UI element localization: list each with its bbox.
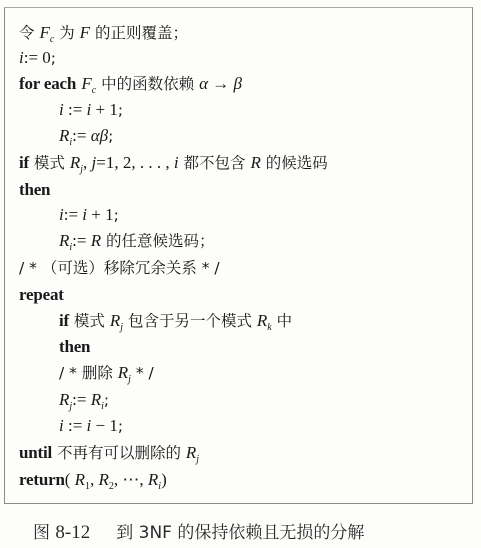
algo-line-14-comment: / * 删除 Rj * / [59, 360, 154, 386]
text: 的候选码 [261, 154, 328, 172]
algo-line-10-comment: / * （可选）移除冗余关系 * / [19, 255, 220, 281]
algo-line-16: i := i − 1; [59, 413, 123, 439]
keyword-repeat: repeat [19, 285, 64, 304]
math-var: R [250, 153, 260, 172]
number: 0 [42, 48, 51, 67]
text: , ⋯, [114, 470, 148, 489]
keyword-if: if [19, 153, 29, 172]
algo-line-11: repeat [19, 282, 64, 308]
caption-label: 图 [33, 523, 50, 543]
math-var: R [75, 470, 85, 489]
text: ; [51, 49, 56, 67]
text: ; [118, 101, 123, 119]
algo-line-5: Ri:= αβ; [59, 123, 113, 149]
figure-number: 8-12 [55, 522, 90, 543]
math-var: R [186, 443, 196, 462]
math-var: R [59, 231, 69, 250]
text: 令 [19, 24, 39, 42]
keyword-if: if [59, 311, 69, 330]
math-var: R [99, 470, 109, 489]
assign-op: := [64, 100, 87, 119]
text: 模式 [29, 154, 70, 172]
text: 不再有可以删除的 [52, 444, 186, 462]
paren: ( [65, 470, 75, 489]
algo-line-17: until 不再有可以删除的 Rj [19, 440, 199, 466]
math-expr: =1, 2, . . . , [96, 153, 174, 172]
text: 的任意候选码； [101, 232, 214, 250]
text: 模式 [69, 312, 110, 330]
figure-caption: 图 8-12到 3NF 的保持依赖且无损的分解 [33, 520, 364, 546]
paren: ) [161, 470, 167, 489]
math-expr: − 1 [91, 416, 118, 435]
algo-line-13: then [59, 334, 90, 360]
algo-line-6: if 模式 Rj, j=1, 2, . . . , i 都不包含 R 的候选码 [19, 150, 328, 176]
text: ; [118, 417, 123, 435]
keyword-then: then [59, 337, 90, 356]
math-expr: α → β [199, 74, 242, 93]
math-var: R [91, 231, 101, 250]
algo-line-4: i := i + 1; [59, 97, 123, 123]
keyword-for-each: for each [19, 74, 76, 93]
algo-line-1: 令 Fc 为 F 的正则覆盖； [19, 20, 188, 46]
math-var: R [257, 311, 267, 330]
caption-text: 到 3NF 的保持依赖且无损的分解 [116, 523, 364, 543]
math-var: R [70, 153, 80, 172]
math-var: R [148, 470, 158, 489]
math-var: R [118, 363, 128, 382]
text: 为 [54, 24, 79, 42]
assign-op: := [64, 416, 87, 435]
keyword-then: then [19, 180, 50, 199]
assign-op: := [72, 390, 91, 409]
keyword-until: until [19, 443, 52, 462]
text: ; [114, 206, 119, 224]
text: , [83, 153, 92, 172]
algo-line-3: for each Fc 中的函数依赖 α → β [19, 71, 242, 97]
subscript: j [196, 454, 199, 465]
math-expr: + 1 [91, 100, 118, 119]
algo-line-2: i:= 0; [19, 45, 56, 71]
text: , [90, 470, 99, 489]
comment: / * 删除 [59, 364, 118, 382]
math-var: F [81, 74, 91, 93]
text: ; [108, 127, 113, 145]
comment: / * （可选）移除冗余关系 * / [19, 259, 220, 277]
math-var: R [59, 390, 69, 409]
comment: * / [131, 364, 154, 382]
text: 都不包含 [179, 154, 251, 172]
text: 包含于另一个模式 [123, 312, 257, 330]
algo-line-7: then [19, 177, 50, 203]
text: 的正则覆盖； [90, 24, 188, 42]
text: 中 [272, 312, 292, 330]
text: ; [104, 391, 109, 409]
assign-op: := [24, 48, 43, 67]
math-var: R [59, 126, 69, 145]
algo-line-12: if 模式 Rj 包含于另一个模式 Rk 中 [59, 308, 292, 334]
keyword-return: return [19, 470, 65, 489]
math-var: R [110, 311, 120, 330]
algo-line-15: Rj:= Ri; [59, 387, 109, 413]
math-expr: + 1 [87, 205, 114, 224]
assign-op: := [64, 205, 83, 224]
algo-line-9: Ri:= R 的任意候选码； [59, 228, 215, 254]
math-expr: αβ [91, 126, 108, 145]
math-var: F [80, 23, 90, 42]
math-var: R [91, 390, 101, 409]
algo-line-8: i:= i + 1; [59, 202, 119, 228]
algo-line-18: return( R1, R2, ⋯, Ri) [19, 467, 167, 493]
assign-op: := [72, 126, 91, 145]
text: 中的函数依赖 [96, 75, 199, 93]
assign-op: := [72, 231, 91, 250]
math-var: F [39, 23, 49, 42]
